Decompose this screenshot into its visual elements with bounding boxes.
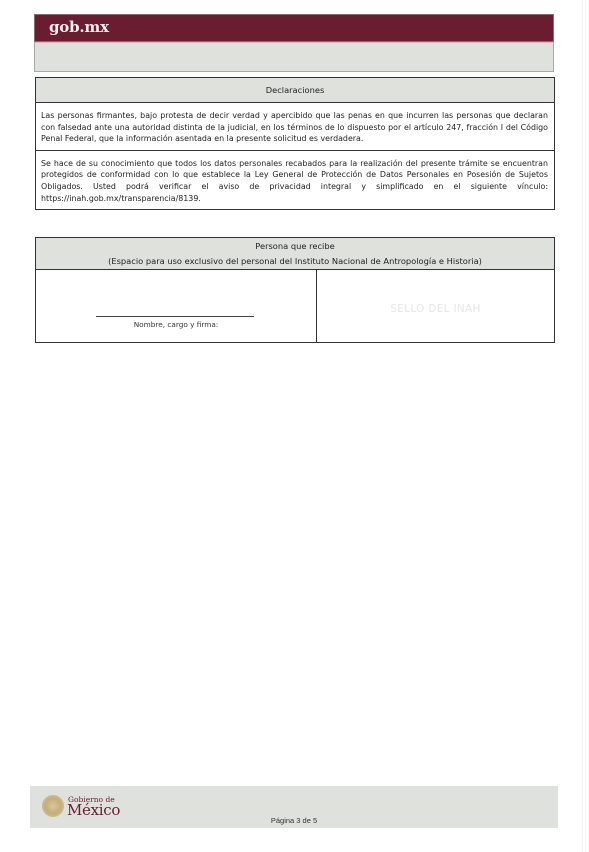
- signature-line: [96, 316, 254, 317]
- declaration-privacy-notice: Se hace de su conocimiento que todos los…: [36, 150, 554, 209]
- signature-label: Nombre, cargo y firma:: [36, 320, 316, 329]
- declaration-truth-statement: Las personas firmantes, bajo protesta de…: [36, 103, 554, 150]
- declarations-table: Declaraciones Las personas firmantes, ba…: [35, 77, 555, 210]
- page-footer: Gobierno de México Página 3 de 5: [30, 786, 558, 828]
- page-number: Página 3 de 5: [30, 816, 558, 825]
- gobmx-logo[interactable]: gob.mx: [49, 18, 109, 36]
- stamp-placeholder: SELLO DEL INAH: [317, 303, 554, 315]
- national-emblem-icon: [42, 795, 64, 817]
- receiver-body: Nombre, cargo y firma: SELLO DEL INAH: [36, 270, 554, 342]
- declarations-title: Declaraciones: [36, 78, 554, 103]
- receiver-title: Persona que recibe: [36, 239, 554, 254]
- receiver-table: Persona que recibe (Espacio para uso exc…: [35, 237, 555, 343]
- gobmx-header: gob.mx: [34, 14, 554, 42]
- page-edge-line: [582, 0, 583, 852]
- signature-cell: Nombre, cargo y firma:: [36, 270, 317, 342]
- header-subbar: [34, 42, 554, 72]
- receiver-header: Persona que recibe (Espacio para uso exc…: [36, 238, 554, 270]
- page-edge-line: [585, 0, 586, 852]
- receiver-subtitle: (Espacio para uso exclusivo del personal…: [36, 254, 554, 269]
- stamp-cell: SELLO DEL INAH: [317, 270, 554, 342]
